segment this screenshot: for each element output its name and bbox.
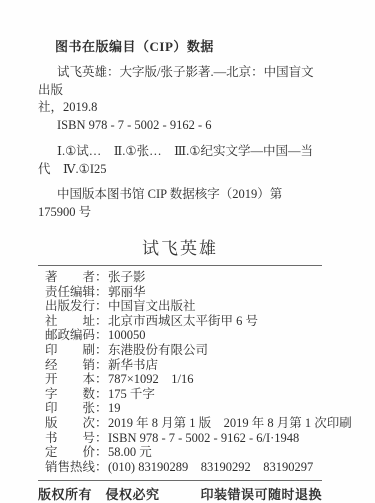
- row-label: 书 号：: [45, 431, 108, 446]
- footer: 版权所有 侵权必究 印装错误可随时退换: [38, 486, 322, 503]
- row-value: 2019 年 8 月第 1 版 2019 年 8 月第 1 次印刷: [108, 416, 352, 430]
- divider-top: [38, 265, 322, 266]
- cip-class-line-1: Ⅰ.①试… Ⅱ.①张… Ⅲ.①纪实文学—中国—当: [38, 143, 322, 161]
- cip-record-number: 中国版本图书馆 CIP 数据核字（2019）第 175900 号: [38, 186, 322, 221]
- copyright-notice: 版权所有 侵权必究: [38, 486, 160, 503]
- row-label: 著 者：: [45, 270, 108, 285]
- row-label: 责任编辑：: [45, 285, 108, 300]
- colophon-row-format: 开 本：787×1092 1/16: [38, 372, 322, 387]
- colophon-row-printer: 印 刷：东港股份有限公司: [38, 343, 322, 358]
- row-value: 北京市西城区太平街甲 6 号: [108, 314, 258, 328]
- cip-bib-line-1: 试飞英雄：大字版/张子影著.—北京：中国盲文出版: [38, 64, 322, 99]
- row-label: 出版发行：: [45, 299, 108, 314]
- row-value: ISBN 978 - 7 - 5002 - 9162 - 6/I·1948: [108, 431, 299, 445]
- cip-header: 图书在版编目（CIP）数据: [38, 0, 322, 56]
- row-value: 58.00 元: [108, 445, 152, 459]
- colophon-row-address: 社 址：北京市西城区太平街甲 6 号: [38, 314, 322, 329]
- cip-classification: Ⅰ.①试… Ⅱ.①张… Ⅲ.①纪实文学—中国—当 代 Ⅳ.①I25: [38, 143, 322, 178]
- cip-class-line-2: 代 Ⅳ.①I25: [38, 161, 322, 179]
- row-label: 定 价：: [45, 445, 108, 460]
- colophon-row-postcode: 邮政编码：100050: [38, 328, 322, 343]
- row-value: 东港股份有限公司: [108, 343, 208, 357]
- row-label: 经 销：: [45, 358, 108, 373]
- row-label: 字 数：: [45, 387, 108, 402]
- colophon-row-edition: 版 次：2019 年 8 月第 1 版 2019 年 8 月第 1 次印刷: [38, 416, 322, 431]
- row-value: 张子影: [108, 270, 146, 284]
- colophon-row-price: 定 价：58.00 元: [38, 445, 322, 460]
- colophon-row-wordcount: 字 数：175 千字: [38, 387, 322, 402]
- row-value: 100050: [108, 328, 146, 342]
- colophon-row-sheets: 印 张：19: [38, 401, 322, 416]
- misprint-exchange-notice: 印装错误可随时退换: [200, 486, 322, 503]
- copyright-page: 图书在版编目（CIP）数据 试飞英雄：大字版/张子影著.—北京：中国盲文出版 社…: [38, 0, 322, 503]
- row-value: 19: [108, 401, 121, 415]
- cip-bib-line-2: 社，2019.8: [38, 99, 322, 117]
- row-label: 邮政编码：: [45, 328, 108, 343]
- colophon-row-author: 著 者：张子影: [38, 270, 322, 285]
- colophon-row-publisher: 出版发行：中国盲文出版社: [38, 299, 322, 314]
- row-value: 新华书店: [108, 358, 158, 372]
- row-label: 社 址：: [45, 314, 108, 329]
- row-value: 787×1092 1/16: [108, 372, 194, 386]
- colophon-row-distributor: 经 销：新华书店: [38, 358, 322, 373]
- cip-isbn: ISBN 978 - 7 - 5002 - 9162 - 6: [38, 117, 322, 135]
- row-label: 开 本：: [45, 372, 108, 387]
- cip-bibliographic-entry: 试飞英雄：大字版/张子影著.—北京：中国盲文出版 社，2019.8: [38, 64, 322, 117]
- row-label: 版 次：: [45, 416, 108, 431]
- colophon-row-editor: 责任编辑：郭丽华: [38, 285, 322, 300]
- row-value: (010) 83190289 83190292 83190297: [108, 460, 313, 474]
- colophon-table: 著 者：张子影 责任编辑：郭丽华 出版发行：中国盲文出版社 社 址：北京市西城区…: [38, 270, 322, 474]
- row-label: 印 刷：: [45, 343, 108, 358]
- divider-bottom: [38, 480, 322, 481]
- row-label: 印 张：: [45, 401, 108, 416]
- row-value: 175 千字: [108, 387, 155, 401]
- colophon-row-hotline: 销售热线：(010) 83190289 83190292 83190297: [38, 460, 322, 475]
- row-value: 郭丽华: [108, 285, 146, 299]
- colophon-row-isbn: 书 号：ISBN 978 - 7 - 5002 - 9162 - 6/I·194…: [38, 431, 322, 446]
- book-title: 试飞英雄: [38, 238, 322, 260]
- row-value: 中国盲文出版社: [108, 299, 196, 313]
- row-label: 销售热线：: [45, 460, 108, 475]
